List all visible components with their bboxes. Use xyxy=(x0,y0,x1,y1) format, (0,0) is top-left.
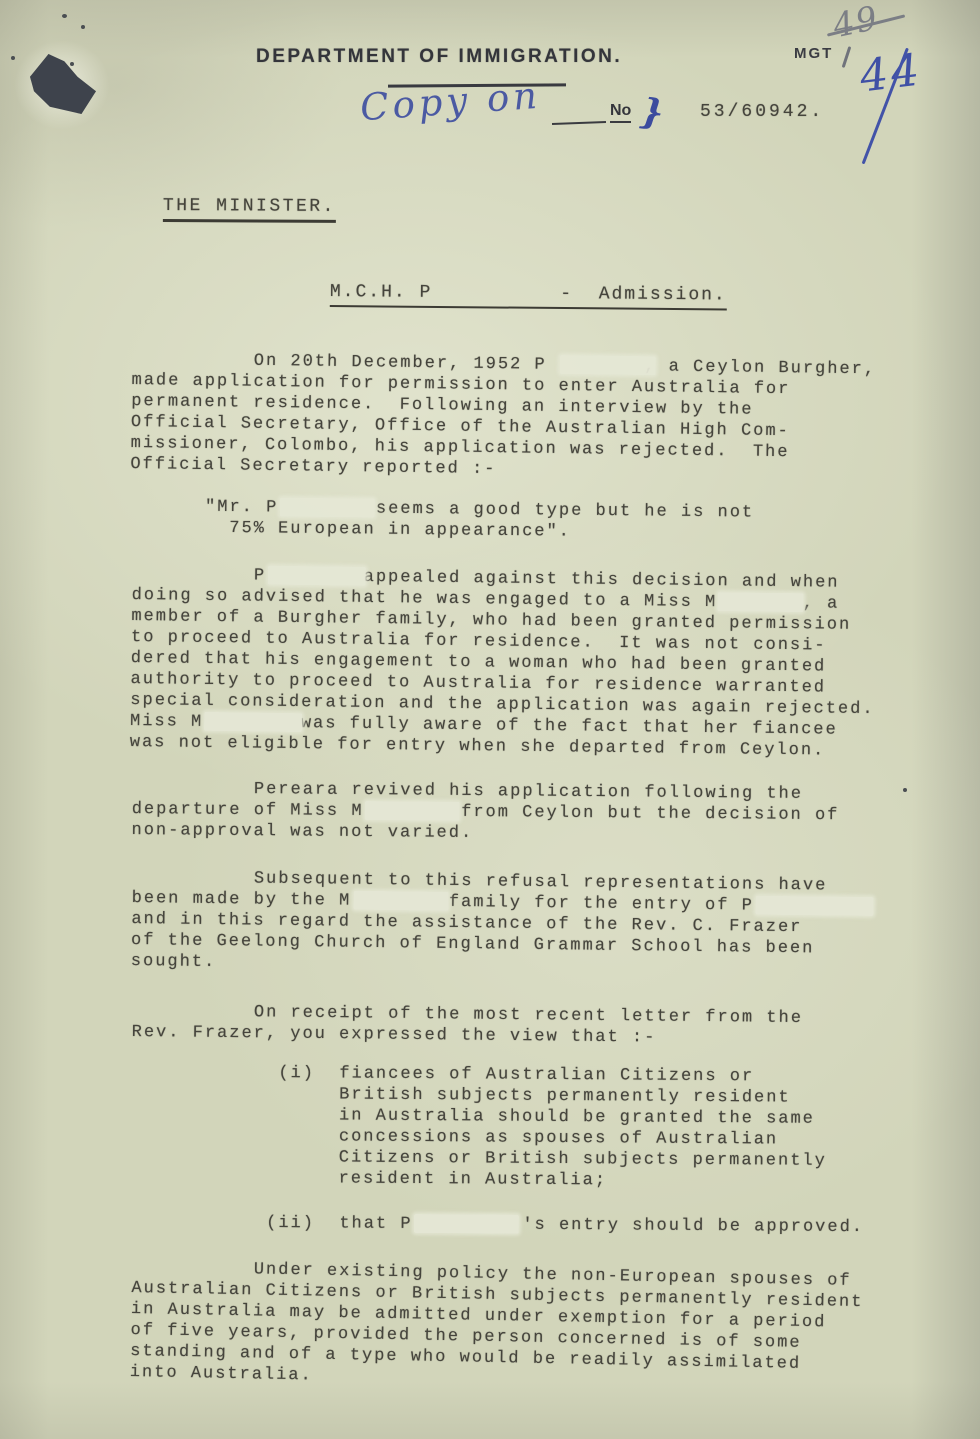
paragraph-3: Pereara revived his application followin… xyxy=(131,778,942,848)
no-underline xyxy=(552,121,606,125)
redaction-box xyxy=(268,566,366,586)
folio-number-44: 44 xyxy=(857,44,925,102)
redaction-box xyxy=(204,712,302,732)
redaction-box xyxy=(560,355,656,375)
paragraph-5: On receipt of the most recent letter fro… xyxy=(132,1001,942,1051)
quoted-report: "Mr. P seems a good type but he is not 7… xyxy=(132,496,942,546)
file-number: 53/60942. xyxy=(700,102,824,122)
list-item-i: (i) fiancees of Australian Citizens or B… xyxy=(131,1062,942,1194)
redaction-box xyxy=(717,592,803,612)
paragraph-6: Under existing policy the non-European s… xyxy=(130,1257,942,1399)
paragraph-4: Subsequent to this refusal representatio… xyxy=(131,867,942,982)
paper-speck xyxy=(11,56,15,60)
mgt-label: MGT xyxy=(794,45,833,62)
folio-tail-mark xyxy=(842,46,851,68)
handwritten-bracket-arrow: } xyxy=(639,91,666,134)
typed-text-line: (ii) that P 's entry should be approved. xyxy=(132,1212,942,1239)
addressee-line: THE MINISTER. xyxy=(163,196,336,223)
paper-speck xyxy=(81,25,85,29)
list-item-ii: (ii) that P 's entry should be approved. xyxy=(132,1212,942,1239)
scanned-memo-page: { "document": { "title": "DEPARTMENT OF … xyxy=(0,0,980,1439)
paragraph-1: On 20th December, 1952 P , a Ceylon Burg… xyxy=(130,349,942,486)
paper-speck xyxy=(70,62,74,66)
redaction-box xyxy=(755,896,873,916)
subject-line: M.C.H. P - Admission. xyxy=(330,282,727,310)
paper-speck xyxy=(62,14,67,18)
redaction-box xyxy=(280,498,375,518)
redaction-box xyxy=(353,891,448,911)
no-label: No xyxy=(610,102,631,123)
redaction-box xyxy=(414,1214,519,1234)
redaction-box xyxy=(365,801,460,821)
department-title: DEPARTMENT OF IMMIGRATION. xyxy=(256,46,622,68)
paragraph-2: P appealed against this decision and whe… xyxy=(130,564,942,763)
handwritten-copy-note: Copy on xyxy=(359,74,543,130)
